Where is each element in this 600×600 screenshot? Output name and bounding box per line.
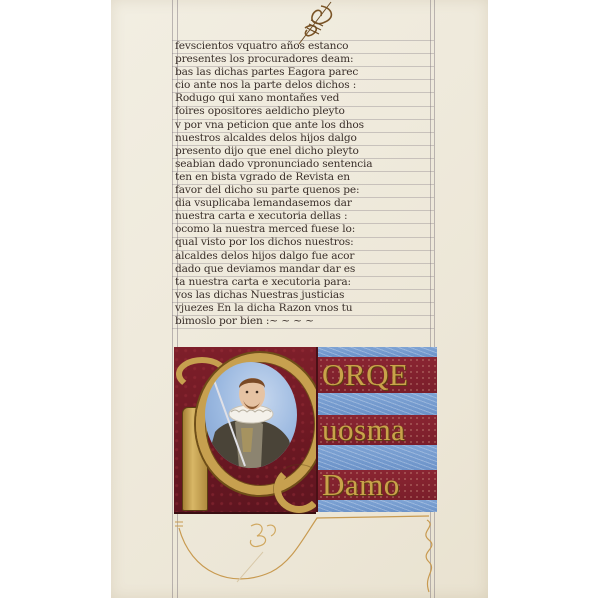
text-line: Rodugo qui xano montañes ved	[175, 92, 433, 105]
illuminated-block: ORQE uosma Damo	[174, 347, 435, 512]
text-line: bimoslo por bien :~ ~ ~ ~	[175, 315, 433, 328]
text-line: dado que deviamos mandar dar es	[175, 263, 433, 276]
blue-stripe	[318, 347, 437, 357]
portrait-miniature	[205, 362, 297, 468]
text-line: fevscientos vquatro años estanco	[175, 40, 433, 53]
text-line: dia vsuplicaba lemandasemos dar	[175, 197, 433, 210]
text-line: cio ante nos la parte delos dichos :	[175, 79, 433, 92]
text-line: presento dijo que enel dicho pleyto	[175, 145, 433, 158]
illuminated-initial-p	[174, 347, 316, 514]
text-line: favor del dicho su parte quenos pe:	[175, 184, 433, 197]
striped-banner: ORQE uosma Damo	[316, 347, 437, 512]
banner-line-1: ORQE	[322, 357, 408, 393]
text-line: nuestros alcaldes delos hijos dalgo	[175, 132, 433, 145]
text-line: ocomo la nuestra merced fuese lo:	[175, 223, 433, 236]
text-line: qual visto por los dichos nuestros:	[175, 236, 433, 249]
text-line: nuestra carta e xecutoria dellas :	[175, 210, 433, 223]
text-line: vjuezes En la dicha Razon vnos tu	[175, 302, 433, 315]
text-line: v por vna peticion que ante los dhos	[175, 119, 433, 132]
left-margin-rule	[172, 0, 173, 598]
text-line: foires opositores aeldicho pleyto	[175, 105, 433, 118]
banner-line-3: Damo	[322, 467, 400, 503]
ruling-line	[172, 328, 434, 329]
top-flourish-icon	[291, 0, 341, 45]
bottom-flourish-icon	[171, 512, 471, 598]
manuscript-text-block: fevscientos vquatro años estanco present…	[175, 40, 433, 328]
text-line: seabian dado vpronunciado sentencia	[175, 158, 433, 171]
text-line: ten en bista vgrado de Revista en	[175, 171, 433, 184]
text-line: presentes los procuradores deam:	[175, 53, 433, 66]
banner-line-2: uosma	[322, 412, 405, 448]
manuscript-page: fevscientos vquatro años estanco present…	[111, 0, 488, 598]
text-line: alcaldes delos hijos dalgo fue acor	[175, 250, 433, 263]
text-line: bas las dichas partes Eagora parec	[175, 66, 433, 79]
portrait-figure-icon	[205, 362, 297, 468]
text-line: ta nuestra carta e xecutoria para:	[175, 276, 433, 289]
text-line: vos las dichas Nuestras justicias	[175, 289, 433, 302]
